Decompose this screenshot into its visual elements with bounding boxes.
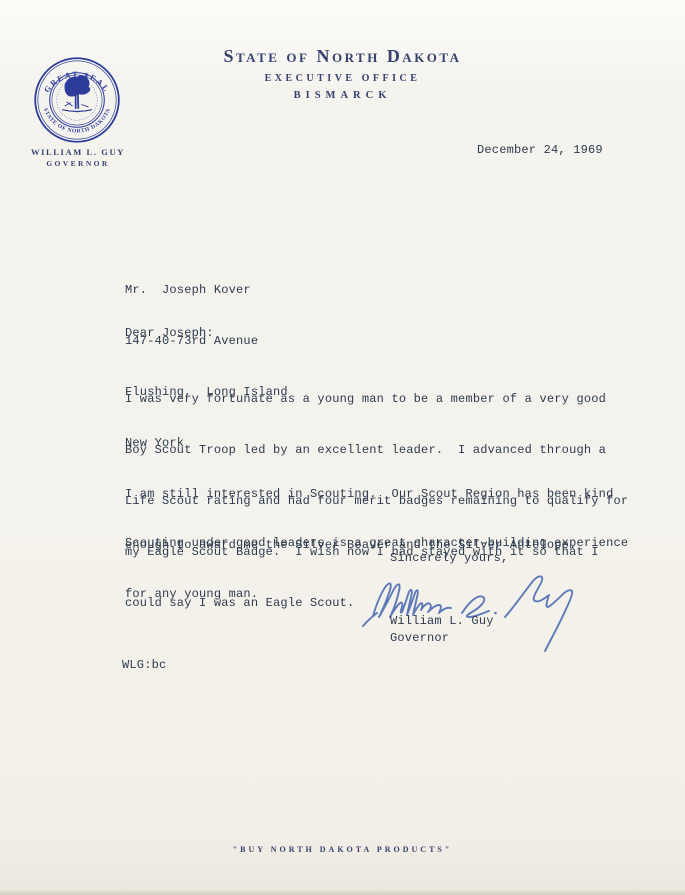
letterhead-official-title: GOVERNOR xyxy=(14,159,142,168)
signature-title: Governor xyxy=(390,630,449,647)
footer-slogan: "BUY NORTH DAKOTA PRODUCTS" xyxy=(0,845,685,854)
closing: Sincerely yours, xyxy=(390,550,508,567)
letter-line: I was very fortunate as a young man to b… xyxy=(125,391,628,408)
letterhead-official-name: WILLIAM L. GUY xyxy=(14,147,142,157)
scan-bottom-edge xyxy=(0,889,685,895)
letter-line: for any young man. xyxy=(125,586,628,603)
letter-date: December 24, 1969 xyxy=(477,142,603,159)
signature-typed-name: William L. Guy xyxy=(390,613,494,630)
letter-page: State of North Dakota EXECUTIVE OFFICE B… xyxy=(0,0,685,895)
recipient-line: Mr. Joseph Kover xyxy=(125,282,288,299)
reference-initials: WLG:bc xyxy=(122,657,166,674)
seal-tree xyxy=(62,76,92,112)
salutation: Dear Joseph: xyxy=(125,325,214,342)
body-paragraph-3: Scouting under good leaders is a great c… xyxy=(125,501,628,637)
state-seal: GREAT SEAL STATE OF NORTH DAKOTA xyxy=(33,56,121,144)
state-seal-graphic: GREAT SEAL STATE OF NORTH DAKOTA xyxy=(33,56,121,144)
letter-line: Scouting under good leaders is a great c… xyxy=(125,535,628,552)
